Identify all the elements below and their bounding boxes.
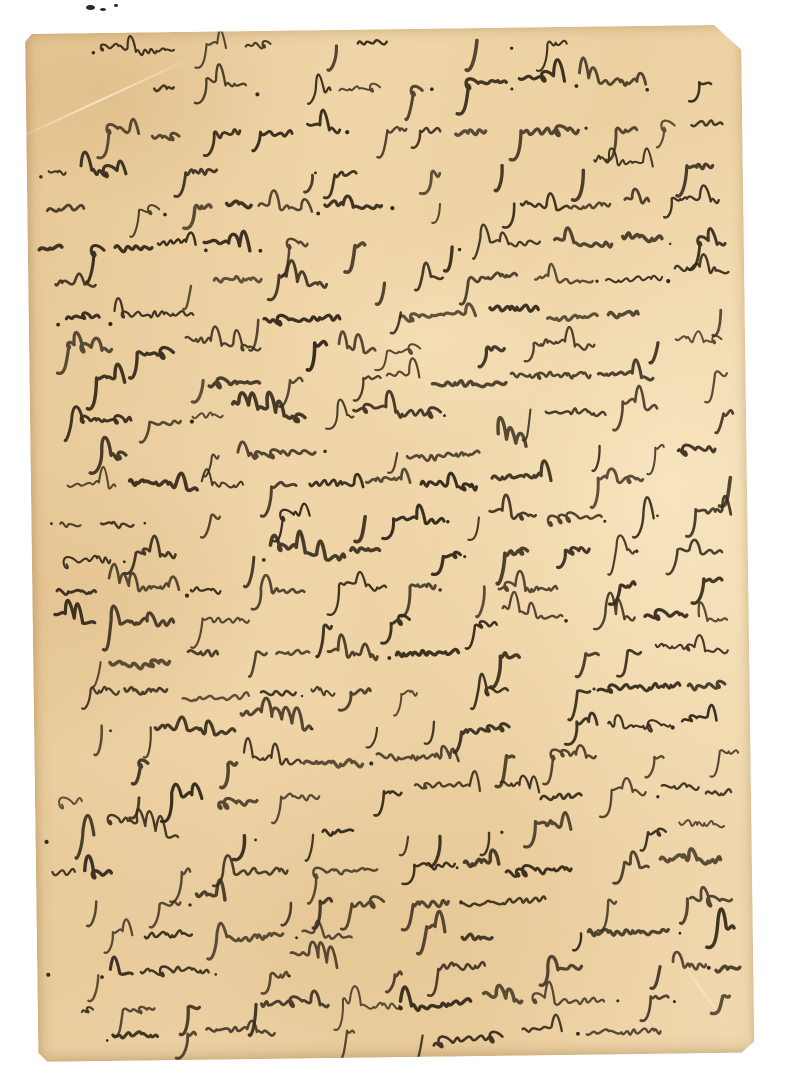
dust-speck xyxy=(86,5,95,10)
dust-speck xyxy=(100,8,106,11)
paper-sheet xyxy=(25,25,754,1062)
dust-speck xyxy=(114,4,118,7)
scanned-letter xyxy=(0,0,800,1084)
handwriting-svg xyxy=(25,25,754,1062)
